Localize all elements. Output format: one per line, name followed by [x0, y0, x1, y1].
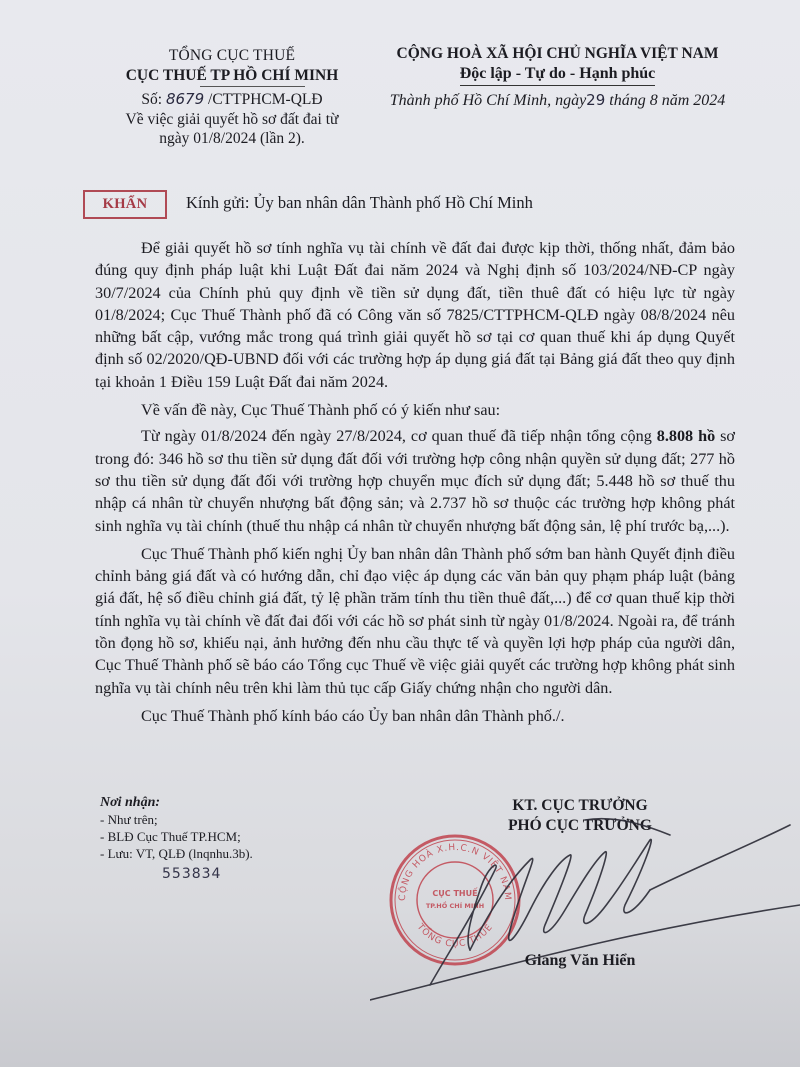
paragraph-opinion-intro: Về vấn đề này, Cục Thuế Thành phố có ý k… — [95, 399, 735, 421]
national-motto: Độc lập - Tự do - Hạnh phúc — [460, 64, 656, 86]
recipients-title: Nơi nhận: — [100, 794, 360, 811]
paragraph-statistics: Từ ngày 01/8/2024 đến ngày 27/8/2024, cơ… — [95, 425, 735, 536]
document-number: Số: 8679 /CTTPHCM-QLĐ — [92, 89, 372, 110]
place-date-prefix: Thành phố Hồ Chí Minh, ngày — [390, 92, 586, 109]
nation-title: CỘNG HOÀ XÃ HỘI CHỦ NGHĨA VIỆT NAM — [370, 44, 745, 64]
doc-number-prefix: Số: — [141, 91, 166, 108]
stats-intro: Từ ngày 01/8/2024 đến ngày 27/8/2024, cơ… — [141, 427, 657, 445]
agency-underline — [200, 86, 305, 87]
place-date-suffix: tháng 8 năm 2024 — [605, 92, 725, 109]
document-page: TỔNG CỤC THUẾ CỤC THUẾ TP HỒ CHÍ MINH Số… — [0, 0, 800, 1067]
signature-title-line-1: KT. CỤC TRƯỞNG — [460, 796, 700, 816]
doc-number-handwritten: 8679 — [166, 90, 204, 108]
official-seal-icon: CỘNG HOÀ X.H.C.N VIỆT NAM TỔNG CỤC THUẾ … — [385, 830, 525, 970]
day-handwritten: 29 — [586, 91, 605, 109]
subject-line-1: Về việc giải quyết hồ sơ đất đai từ — [92, 110, 372, 129]
recipient-line: Kính gửi: Ủy ban nhân dân Thành phố Hồ C… — [186, 192, 533, 214]
recipient-item: - BLĐ Cục Thuế TP.HCM; — [100, 828, 360, 845]
paragraph-context: Để giải quyết hồ sơ tính nghĩa vụ tài ch… — [95, 237, 735, 393]
paragraph-recommendation: Cục Thuế Thành phố kiến nghị Ủy ban nhân… — [95, 543, 735, 699]
agency-name: CỤC THUẾ TP HỒ CHÍ MINH — [92, 66, 372, 86]
subject-line-2: ngày 01/8/2024 (lần 2). — [92, 129, 372, 148]
stats-total: 8.808 hồ — [657, 427, 715, 445]
recipients-list: Nơi nhận: - Như trên; - BLĐ Cục Thuế TP.… — [100, 794, 360, 883]
seal-center-text-2: TP.HỒ CHÍ MINH — [426, 900, 484, 910]
national-header: CỘNG HOÀ XÃ HỘI CHỦ NGHĨA VIỆT NAM Độc l… — [370, 44, 745, 113]
issuing-agency-header: TỔNG CỤC THUẾ CỤC THUẾ TP HỒ CHÍ MINH Số… — [92, 46, 372, 148]
letter-body: Để giải quyết hồ sơ tính nghĩa vụ tài ch… — [95, 237, 735, 731]
seal-center-text-1: CỤC THUẾ — [432, 886, 478, 898]
recipient-item: - Lưu: VT, QLĐ (lnqnhu.3b). — [100, 845, 360, 862]
parent-agency: TỔNG CỤC THUẾ — [92, 46, 372, 66]
doc-number-suffix: /CTTPHCM-QLĐ — [204, 91, 322, 108]
signer-name: Giang Văn Hiển — [460, 952, 700, 970]
handwritten-code: 553834 — [162, 866, 360, 883]
paragraph-closing: Cục Thuế Thành phố kính báo cáo Ủy ban n… — [95, 705, 735, 727]
recipient-item: - Như trên; — [100, 811, 360, 828]
urgent-label: KHẨN — [103, 196, 148, 213]
place-and-date: Thành phố Hồ Chí Minh, ngày29 tháng 8 nă… — [370, 88, 745, 113]
urgent-stamp: KHẨN — [83, 190, 167, 219]
